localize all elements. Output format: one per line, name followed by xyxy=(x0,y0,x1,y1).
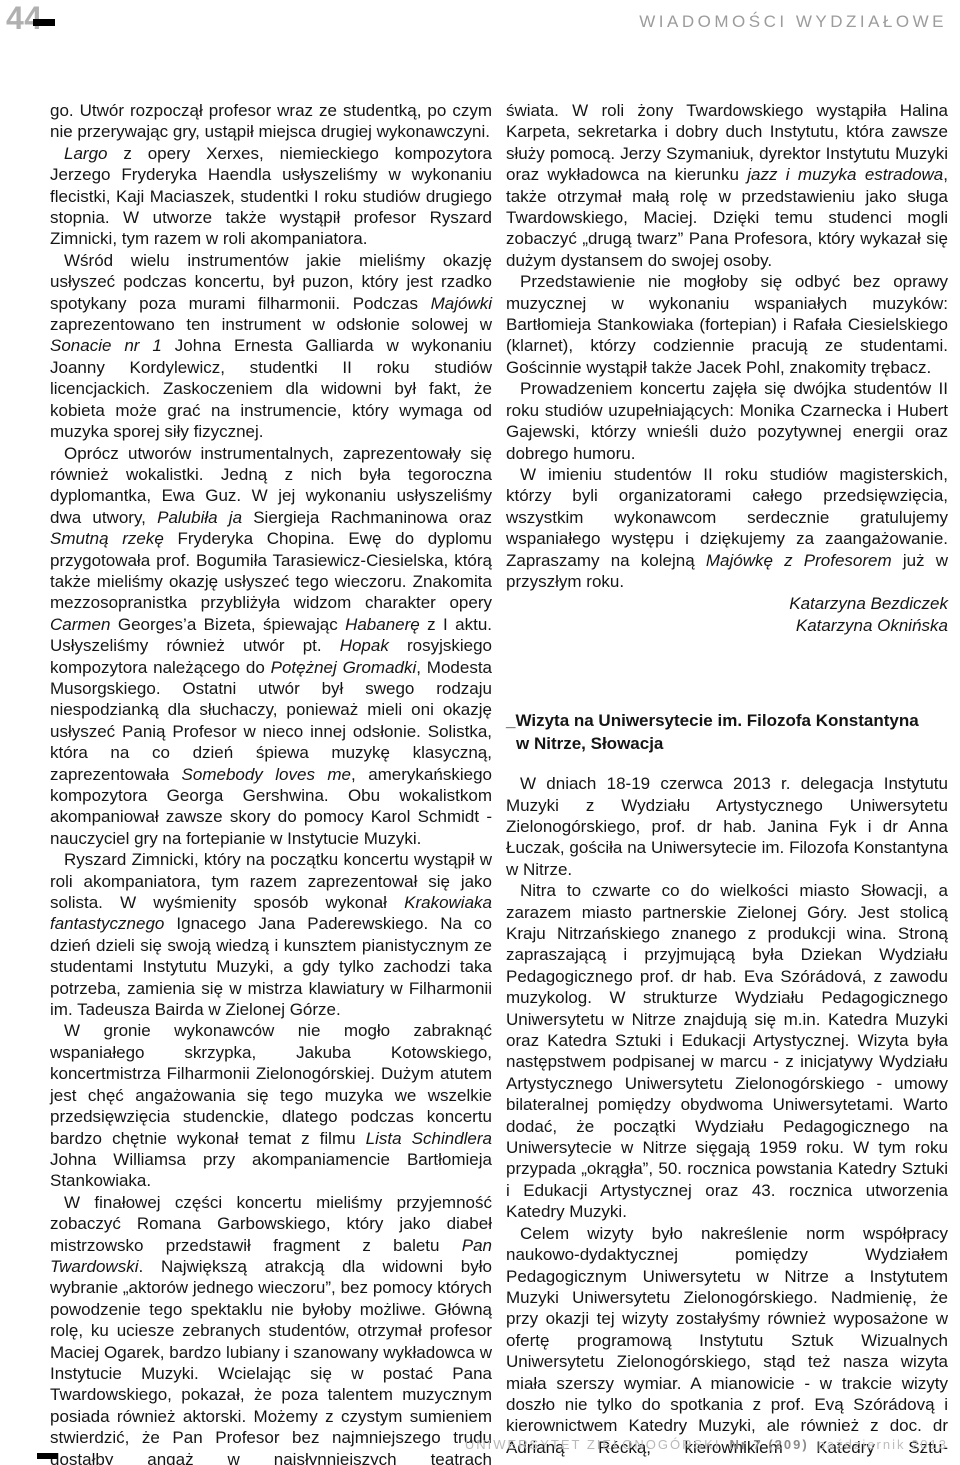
right-column-top-paragraphs: świata. W roli żony Twardowskiego wystąp… xyxy=(506,100,948,592)
magazine-page: 44 WIADOMOŚCI WYDZIAŁOWE go. Utwór rozpo… xyxy=(0,0,960,1465)
paragraph: Przedstawienie nie mogłoby się odbyć bez… xyxy=(506,271,948,378)
italic-work-title: Carmen xyxy=(50,615,110,634)
article-body: go. Utwór rozpoczął profesor wraz ze stu… xyxy=(50,100,948,1465)
next-article-heading-line2: w Nitrze, Słowacja xyxy=(506,733,948,756)
page-number-dash-mark xyxy=(33,19,55,26)
next-article-heading-line1: _Wizyta na Uniwersytecie im. Filozofa Ko… xyxy=(506,710,948,733)
left-column: go. Utwór rozpoczął profesor wraz ze stu… xyxy=(50,100,492,1465)
footer-dash-mark xyxy=(37,1453,58,1459)
section-header-title: WIADOMOŚCI WYDZIAŁOWE xyxy=(639,12,947,32)
footer-journal-name: UNIWERSYTET ZIELONOGÓRSKI xyxy=(465,1437,721,1452)
paragraph: Largo z opery Xerxes, niemieckiego kompo… xyxy=(50,143,492,250)
paragraph: W gronie wykonawców nie mogło zabraknąć … xyxy=(50,1020,492,1191)
paragraph: W finałowej części koncertu mieliśmy prz… xyxy=(50,1192,492,1465)
footer: UNIWERSYTET ZIELONOGÓRSKINr 7 (209)paźdz… xyxy=(465,1437,948,1452)
italic-work-title: jazz i muzyka estradowa xyxy=(747,165,943,184)
italic-work-title: Sonacie nr 1 xyxy=(50,336,162,355)
author-name: Katarzyna Bezdiczek xyxy=(506,593,948,614)
italic-work-title: Potężnej Gromadki xyxy=(271,658,417,677)
paragraph: Wśród wielu instrumentów jakie mieliśmy … xyxy=(50,250,492,443)
paragraph: Oprócz utworów instrumentalnych, zapreze… xyxy=(50,443,492,850)
paragraph: świata. W roli żony Twardowskiego wystąp… xyxy=(506,100,948,271)
author-name: Katarzyna Oknińska xyxy=(506,615,948,636)
italic-work-title: Habanerę xyxy=(345,615,420,634)
italic-work-title: Lista Schindlera xyxy=(366,1129,492,1148)
paragraph: W imieniu studentów II roku studiów magi… xyxy=(506,464,948,592)
footer-issue-number: Nr 7 (209) xyxy=(729,1437,808,1452)
next-article-heading: _Wizyta na Uniwersytecie im. Filozofa Ko… xyxy=(506,710,948,755)
right-column: świata. W roli żony Twardowskiego wystąp… xyxy=(506,100,948,1465)
author-signature: Katarzyna Bezdiczek Katarzyna Oknińska xyxy=(506,593,948,636)
paragraph: Ryszard Zimnicki, który na początku konc… xyxy=(50,849,492,1020)
paragraph: go. Utwór rozpoczął profesor wraz ze stu… xyxy=(50,100,492,143)
italic-work-title: Largo xyxy=(64,144,107,163)
right-column-bottom-paragraphs: W dniach 18-19 czerwca 2013 r. delegacja… xyxy=(506,773,948,1458)
italic-work-title: Smutną rzekę xyxy=(50,529,164,548)
footer-date: październik 2013 xyxy=(818,1437,948,1452)
paragraph: W dniach 18-19 czerwca 2013 r. delegacja… xyxy=(506,773,948,880)
italic-work-title: Hopak xyxy=(340,636,389,655)
paragraph: Nitra to czwarte co do wielkości miasto … xyxy=(506,880,948,1223)
italic-work-title: Palubiła ja xyxy=(157,508,242,527)
italic-work-title: Majówkę z Profesorem xyxy=(706,551,892,570)
paragraph: Prowadzeniem koncertu zajęła się dwójka … xyxy=(506,378,948,464)
italic-work-title: Somebody loves me xyxy=(182,765,351,784)
italic-work-title: Majówki xyxy=(431,294,492,313)
italic-work-title: Krakowiaka fantastycznego xyxy=(50,893,492,933)
paragraph: Celem wizyty było nakreślenie norm współ… xyxy=(506,1223,948,1458)
italic-work-title: Pan Twardowski xyxy=(50,1236,492,1276)
